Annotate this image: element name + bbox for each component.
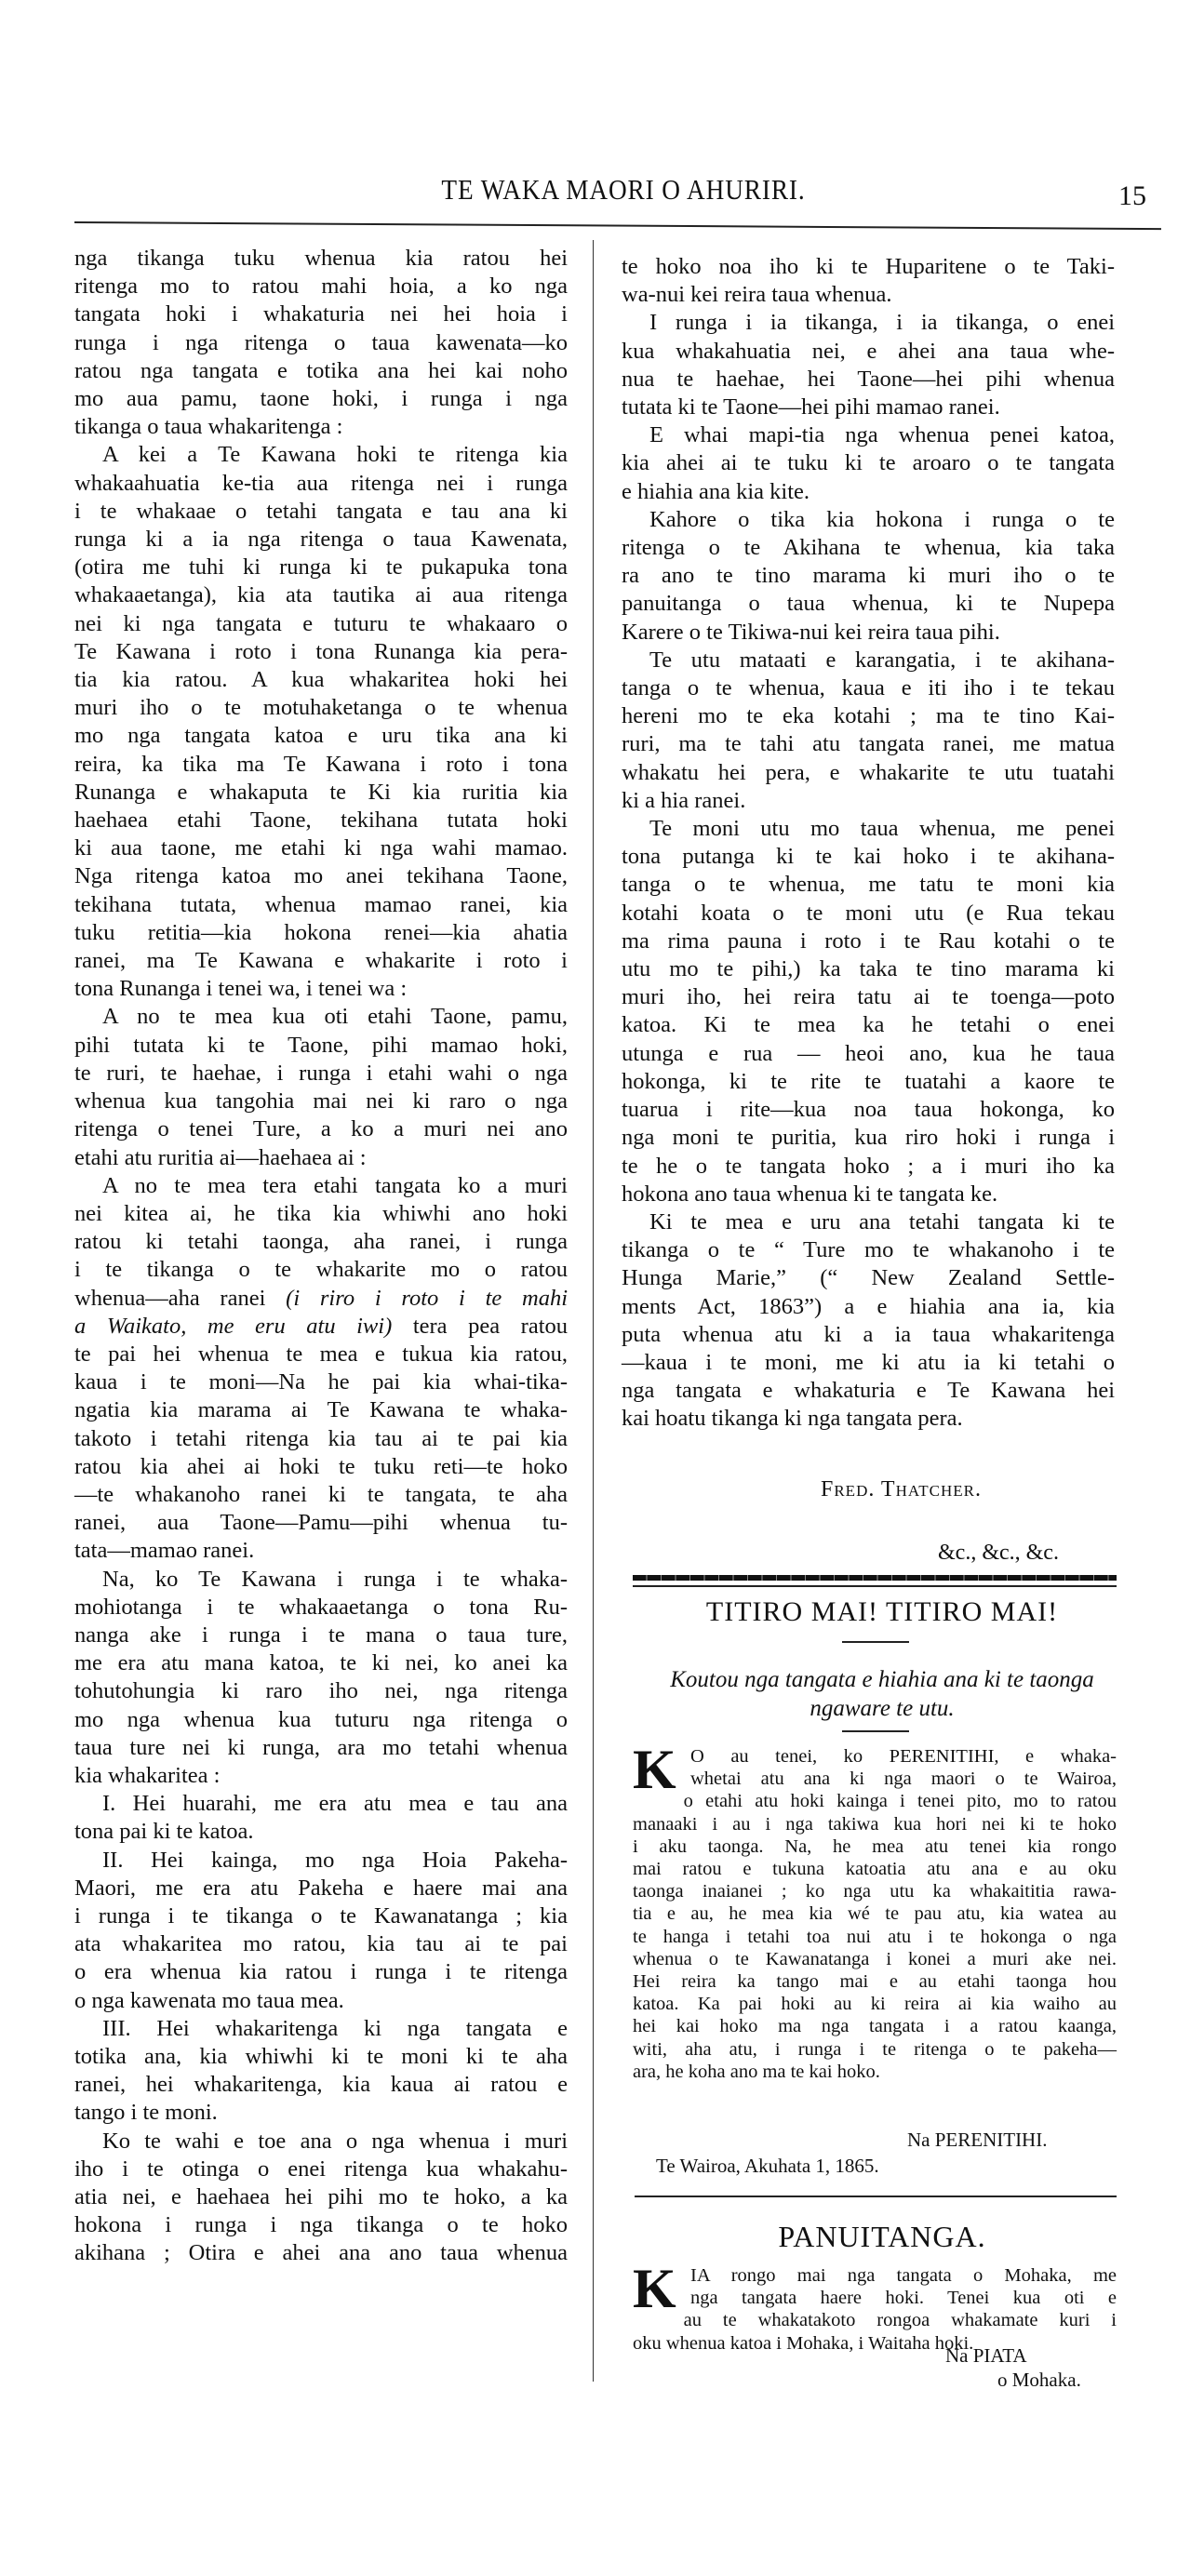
text-line: kua whakahuatia nei, e ahei ana taua whe…	[622, 338, 1115, 366]
etc-line: &c., &c., &c.	[938, 1541, 1059, 1566]
right-column: te hoko noa iho ki te Huparitene o te Ta…	[622, 253, 1115, 1434]
text-line: Maori, me era atu Pakeha e haere mai ana	[74, 1875, 568, 1902]
text-line: nanga ake i runga i te mana o taua ture,	[74, 1622, 568, 1649]
text-line: tia kia ratou. A kua whakaritea hoki hei	[74, 666, 568, 694]
masthead: TE WAKA MAORI O AHURIRI. 15	[74, 173, 1172, 210]
text-line: whakatu hei pera, e whakarite te utu tua…	[622, 759, 1115, 787]
advert-body-panuitanga: K IA rongo mai nga tangata o Mohaka, men…	[633, 2264, 1117, 2355]
short-rule	[842, 1641, 909, 1643]
text-line: tango i te moni.	[74, 2099, 568, 2127]
text-line: tekihana tutata, whenua mamao ranei, kia	[74, 891, 568, 919]
text-line: utu mo te pihi,) ka taka te tino marama …	[622, 955, 1115, 983]
text-line: te hanga i tetahi toa nui atu i te hokon…	[633, 1926, 1117, 1948]
text-line: muri iho, hei reira tatu ai te toenga—po…	[622, 983, 1115, 1011]
text-line: taua ture nei ki runga, ara mo tetahi wh…	[74, 1734, 568, 1762]
text-line: tikanga o te “ Ture mo te whakanoho i te	[622, 1236, 1115, 1264]
column-divider	[593, 240, 594, 2382]
text-line: ma rima pauna i roto i te Rau kotahi o t…	[622, 928, 1115, 955]
text-line: ata whakaritea mo ratou, kia tau ai te p…	[74, 1930, 568, 1958]
text-line: Na, ko Te Kawana i runga i te whaka-	[74, 1566, 568, 1594]
text-line: nei kitea ai, he tika kia whiwhi ano hok…	[74, 1200, 568, 1228]
text-line: utunga e rua — heoi ano, kua he taua	[622, 1040, 1115, 1068]
text-line: kia whakaritea :	[74, 1762, 568, 1790]
text-line: iho i te otinga o enei ritenga kua whaka…	[74, 2156, 568, 2183]
text-line: i te whakaae o tetahi tangata e tau ana …	[74, 498, 568, 526]
text-line: Karere o te Tikiwa-nui kei reira taua pi…	[622, 619, 1115, 647]
text-line: tuarua i rite—kua noa taua hokonga, ko	[622, 1096, 1115, 1124]
text-line: i aku taonga. Na, he mea atu tenei kia r…	[633, 1835, 1117, 1858]
text-line: te pai hei whenua te mea e tukua kia rat…	[74, 1341, 568, 1368]
section-rule	[633, 1585, 1117, 1587]
text-line: A kei a Te Kawana hoki te ritenga kia	[74, 441, 568, 469]
text-line: ra ano te tino marama ki muri iho o te	[622, 562, 1115, 590]
text-line: katoa. Ki te mea ka he tetahi o enei	[622, 1011, 1115, 1039]
text-line: A no te mea tera etahi tangata ko a muri	[74, 1172, 568, 1200]
text-line: mai ratou e tukuna katoatia atu ana e au…	[633, 1858, 1117, 1880]
text-line: nua te haehae, hei Taone—hei pihi whenua	[622, 366, 1115, 394]
text-line: ranei, ma Te Kawana e whakarite i roto i	[74, 947, 568, 975]
text-line: nga tangata e whakaturia e Te Kawana hei	[622, 1377, 1115, 1405]
text-line: tona Runanga i tenei wa, i tenei wa :	[74, 975, 568, 1003]
text-line: oku whenua katoa i Mohaka, i Waitaha hok…	[633, 2332, 1117, 2355]
text-line: pihi tutata ki te Taone, pihi mamao hoki…	[74, 1032, 568, 1060]
italic-text-run: (i riro i roto i te mahi	[286, 1286, 568, 1311]
text-line: o era whenua kia ratou i runga i te rite…	[74, 1958, 568, 1986]
text-line: —te whakanoho ranei ki te tangata, te ah…	[74, 1481, 568, 1509]
text-line: Te moni utu mo taua whenua, me penei	[622, 815, 1115, 843]
text-line: kai hoatu tikanga ki nga tangata pera.	[622, 1405, 1115, 1433]
text-line: (otira me tuhi ki runga ki te pukapuka t…	[74, 554, 568, 581]
text-line: whetai atu ana ki nga maori o te Wairoa,	[633, 1768, 1117, 1790]
text-line: o etahi atu hoki kainga i tenei pito, mo…	[633, 1790, 1117, 1812]
text-line: o nga kawenata mo taua mea.	[74, 1987, 568, 2015]
text-line: tata—mamao ranei.	[74, 1537, 568, 1565]
text-line: tia e au, he mea kia wé te pau atu, kia …	[633, 1902, 1117, 1925]
text-line: hereni mo te eka kotahi ; ma te tino Kai…	[622, 702, 1115, 730]
text-line: kotahi koata o te moni utu (e Rua tekau	[622, 900, 1115, 928]
text-line: IA rongo mai nga tangata o Mohaka, me	[633, 2264, 1117, 2287]
text-line: panuitanga o taua whenua, ki te Nupepa	[622, 590, 1115, 618]
text-line: akihana ; Otira e ahei ana ano taua when…	[74, 2239, 568, 2267]
text-line: reira, ka tika ma Te Kawana i roto i ton…	[74, 751, 568, 779]
text-line: totika ana, kia whiwhi ki te moni ki te …	[74, 2043, 568, 2071]
text-line: E whai mapi-tia nga whenua penei katoa,	[622, 421, 1115, 449]
text-line: tohutohungia ki raro iho nei, nga riteng…	[74, 1677, 568, 1705]
text-line: I runga i ia tikanga, i ia tikanga, o en…	[622, 309, 1115, 337]
subtitle-line: Koutou nga tangata e hiahia ana ki te ta…	[622, 1665, 1143, 1694]
text-line: ratou ki tetahi taonga, aha ranei, i run…	[74, 1228, 568, 1256]
signature-piata: Na PIATA	[945, 2344, 1027, 2368]
text-line: ments Act, 1863”) a e hiahia ana ia, kia	[622, 1293, 1115, 1321]
left-column: nga tikanga tuku whenua kia ratou heirit…	[74, 245, 568, 2268]
decorative-rule	[633, 1575, 1117, 1581]
text-line: e hiahia ana kia kite.	[622, 478, 1115, 506]
page-number: 15	[1118, 180, 1146, 212]
text-line: etahi atu ruritia ai—haehaea ai :	[74, 1144, 568, 1172]
text-line: katoa. Ka pai hoki au ki reira ai kia wa…	[633, 1993, 1117, 2015]
text-line: hokona i runga i nga tikanga o te hoko	[74, 2211, 568, 2239]
text-line: manaaki i au i nga takiwa kua hori nei k…	[633, 1813, 1117, 1835]
short-rule	[842, 1730, 909, 1732]
text-line: nei ki nga tangata e tuturu te whakaaro …	[74, 610, 568, 638]
text-line: Hei reira ka tango mai e au etahi taonga…	[633, 1970, 1117, 1993]
text-line: I. Hei huarahi, me era atu mea e tau ana	[74, 1790, 568, 1818]
text-line: tutata ki te Taone—hei pihi mamao ranei.	[622, 394, 1115, 421]
text-line: mohiotanga i te whakaaetanga o tona Ru-	[74, 1594, 568, 1622]
text-line: te hoko noa iho ki te Huparitene o te Ta…	[622, 253, 1115, 281]
text-line: ratou nga tangata e totika ana hei kai n…	[74, 357, 568, 385]
text-line: nga tangata haere hoki. Tenei kua oti e	[633, 2287, 1117, 2309]
subtitle-line: ngaware te utu.	[622, 1694, 1143, 1723]
advert-subtitle: Koutou nga tangata e hiahia ana ki te ta…	[622, 1665, 1143, 1723]
text-line: hokonga, ki te rite te tuatahi a kaore t…	[622, 1068, 1115, 1096]
advert-body-titiro: K O au tenei, ko PERENITIHI, e whaka-whe…	[633, 1745, 1117, 2083]
text-line: runga ki a ia nga ritenga o taua Kawenat…	[74, 526, 568, 554]
text-line: tona putanga ki te kai hoko i te akihana…	[622, 843, 1115, 871]
text-line: tuku retitia—kia hokona renei—kia ahatia	[74, 919, 568, 947]
dateline: Te Wairoa, Akuhata 1, 1865.	[656, 2155, 879, 2178]
text-line: mo nga whenua kua tuturu nga ritenga o	[74, 1706, 568, 1734]
text-line: kia ahei ai te tuku ki te aroaro o te ta…	[622, 449, 1115, 477]
text-line: haehaea etahi Taone, tekihana tutata hok…	[74, 807, 568, 834]
text-line: witi, aha atu, i runga i te ritenga o te…	[633, 2038, 1117, 2061]
text-line: A no te mea kua oti etahi Taone, pamu,	[74, 1003, 568, 1031]
text-line: whenua—aha ranei (i riro i roto i te mah…	[74, 1285, 568, 1313]
italic-text-run: a Waikato, me eru atu iwi)	[74, 1314, 392, 1339]
text-run: whenua—aha ranei	[74, 1286, 265, 1311]
text-line: a Waikato, me eru atu iwi) tera pea rato…	[74, 1313, 568, 1341]
text-line: te he o te tangata hoko ; a i muri iho k…	[622, 1153, 1115, 1181]
text-line: Te Kawana i roto i tona Runanga kia pera…	[74, 638, 568, 666]
text-line: ruri, ma te tahi atu tangata ranei, me m…	[622, 730, 1115, 758]
text-line: Hunga Marie,” (“ New Zealand Settle-	[622, 1264, 1115, 1292]
text-line: i te tikanga o te whakarite mo o ratou	[74, 1256, 568, 1284]
text-line: tanga o te whenua, kaua e iti iho i te t…	[622, 674, 1115, 702]
text-run: tera pea ratou	[413, 1314, 568, 1339]
text-line: ara, he koha ano ma te kai hoko.	[633, 2061, 1117, 2083]
text-line: ki a hia ranei.	[622, 787, 1115, 815]
text-line: puta whenua atu ki a ia taua whakariteng…	[622, 1321, 1115, 1349]
text-line: tikanga o taua whakaritenga :	[74, 413, 568, 441]
text-line: O au tenei, ko PERENITIHI, e whaka-	[633, 1745, 1117, 1768]
text-line: wa-nui kei reira taua whenua.	[622, 281, 1115, 309]
text-line: Kahore o tika kia hokona i runga o te	[622, 506, 1115, 534]
text-line: tangata hoki i whakaturia nei hei hoia i	[74, 300, 568, 328]
text-line: au te whakatakoto rongoa whakamate kuri …	[633, 2309, 1117, 2331]
advert-title-titiro: TITIRO MAI! TITIRO MAI!	[622, 1596, 1143, 1628]
text-line: Nga ritenga katoa mo anei tekihana Taone…	[74, 862, 568, 890]
text-line: atia nei, e haehaea hei pihi mo te hoko,…	[74, 2183, 568, 2211]
text-line: runga i nga ritenga o taua kawenata—ko	[74, 329, 568, 357]
text-line: Ko te wahi e toe ana o nga whenua i muri	[74, 2128, 568, 2156]
text-line: whenua o te Kawanatanga i konei a muri a…	[633, 1948, 1117, 1970]
text-line: ritenga o tenei Ture, a ko a muri nei an…	[74, 1115, 568, 1143]
text-line: me era atu mana katoa, te ki nei, ko ane…	[74, 1649, 568, 1677]
signature-thatcher: Fred. Thatcher.	[821, 1477, 982, 1502]
text-line: nga moni te puritia, kua riro hoki i run…	[622, 1124, 1115, 1152]
text-line: tona pai ki te katoa.	[74, 1818, 568, 1846]
text-line: Ki te mea e uru ana tetahi tangata ki te	[622, 1208, 1115, 1236]
text-line: ranei, hei whakaritenga, kia kaua ai rat…	[74, 2071, 568, 2099]
text-line: mo nga tangata katoa e uru tika ana ki	[74, 722, 568, 750]
text-line: —kaua i te moni, me ki atu ia ki tetahi …	[622, 1349, 1115, 1377]
text-line: taonga inaianei ; ko nga utu ka whakaiti…	[633, 1880, 1117, 1902]
text-line: ranei, aua Taone—Pamu—pihi whenua tu-	[74, 1509, 568, 1537]
text-line: i runga i te tikanga o te Kawanatanga ; …	[74, 1902, 568, 1930]
text-line: whenua kua tangohia mai nei ki raro o ng…	[74, 1088, 568, 1115]
text-line: ritenga mo to ratou mahi hoia, a ko nga	[74, 273, 568, 300]
text-line: hei kai hoko ma nga tangata i a ratou ka…	[633, 2015, 1117, 2037]
text-line: whakaahuatia ke-tia aua ritenga nei i ru…	[74, 470, 568, 498]
text-line: mo aua pamu, taone hoki, i runga i nga	[74, 385, 568, 413]
advert-title-panuitanga: PANUITANGA.	[622, 2220, 1143, 2254]
newspaper-title: TE WAKA MAORI O AHURIRI.	[141, 173, 1106, 207]
drop-cap: K	[633, 1747, 676, 1792]
text-line: takoto i tetahi ritenga kia tau ai te pa…	[74, 1425, 568, 1453]
text-line: tanga o te whenua, me tatu te moni kia	[622, 871, 1115, 899]
text-line: kaua i te moni—Na he pai kia whai-tika-	[74, 1368, 568, 1396]
text-line: nga tikanga tuku whenua kia ratou hei	[74, 245, 568, 273]
text-line: ritenga o te Akihana te whenua, kia taka	[622, 534, 1115, 562]
text-line: Te utu mataati e karangatia, i te akihan…	[622, 647, 1115, 674]
text-line: te ruri, te haehae, i runga i etahi wahi…	[74, 1060, 568, 1088]
drop-cap: K	[633, 2266, 676, 2311]
text-line: whakaaetanga), kia ata tautika ai aua ri…	[74, 581, 568, 609]
signature-place: o Mohaka.	[997, 2369, 1081, 2392]
text-line: Runanga e whakaputa te Ki kia ruritia ki…	[74, 779, 568, 807]
text-line: ratou kia ahei ai hoki te tuku reti—te h…	[74, 1453, 568, 1481]
text-line: hokona ano taua whenua ki te tangata ke.	[622, 1181, 1115, 1208]
header-rule	[74, 221, 1161, 230]
text-line: muri iho o te motuhaketanga o te whenua	[74, 694, 568, 722]
text-line: ki aua taone, me etahi ki nga wahi mamao…	[74, 834, 568, 862]
text-line: ngatia kia marama ai Te Kawana te whaka-	[74, 1396, 568, 1424]
signature-perenitihi: Na PERENITIHI.	[907, 2129, 1047, 2152]
section-rule	[635, 2196, 1117, 2197]
text-line: III. Hei whakaritenga ki nga tangata e	[74, 2015, 568, 2043]
text-line: II. Hei kainga, mo nga Hoia Pakeha-	[74, 1847, 568, 1875]
